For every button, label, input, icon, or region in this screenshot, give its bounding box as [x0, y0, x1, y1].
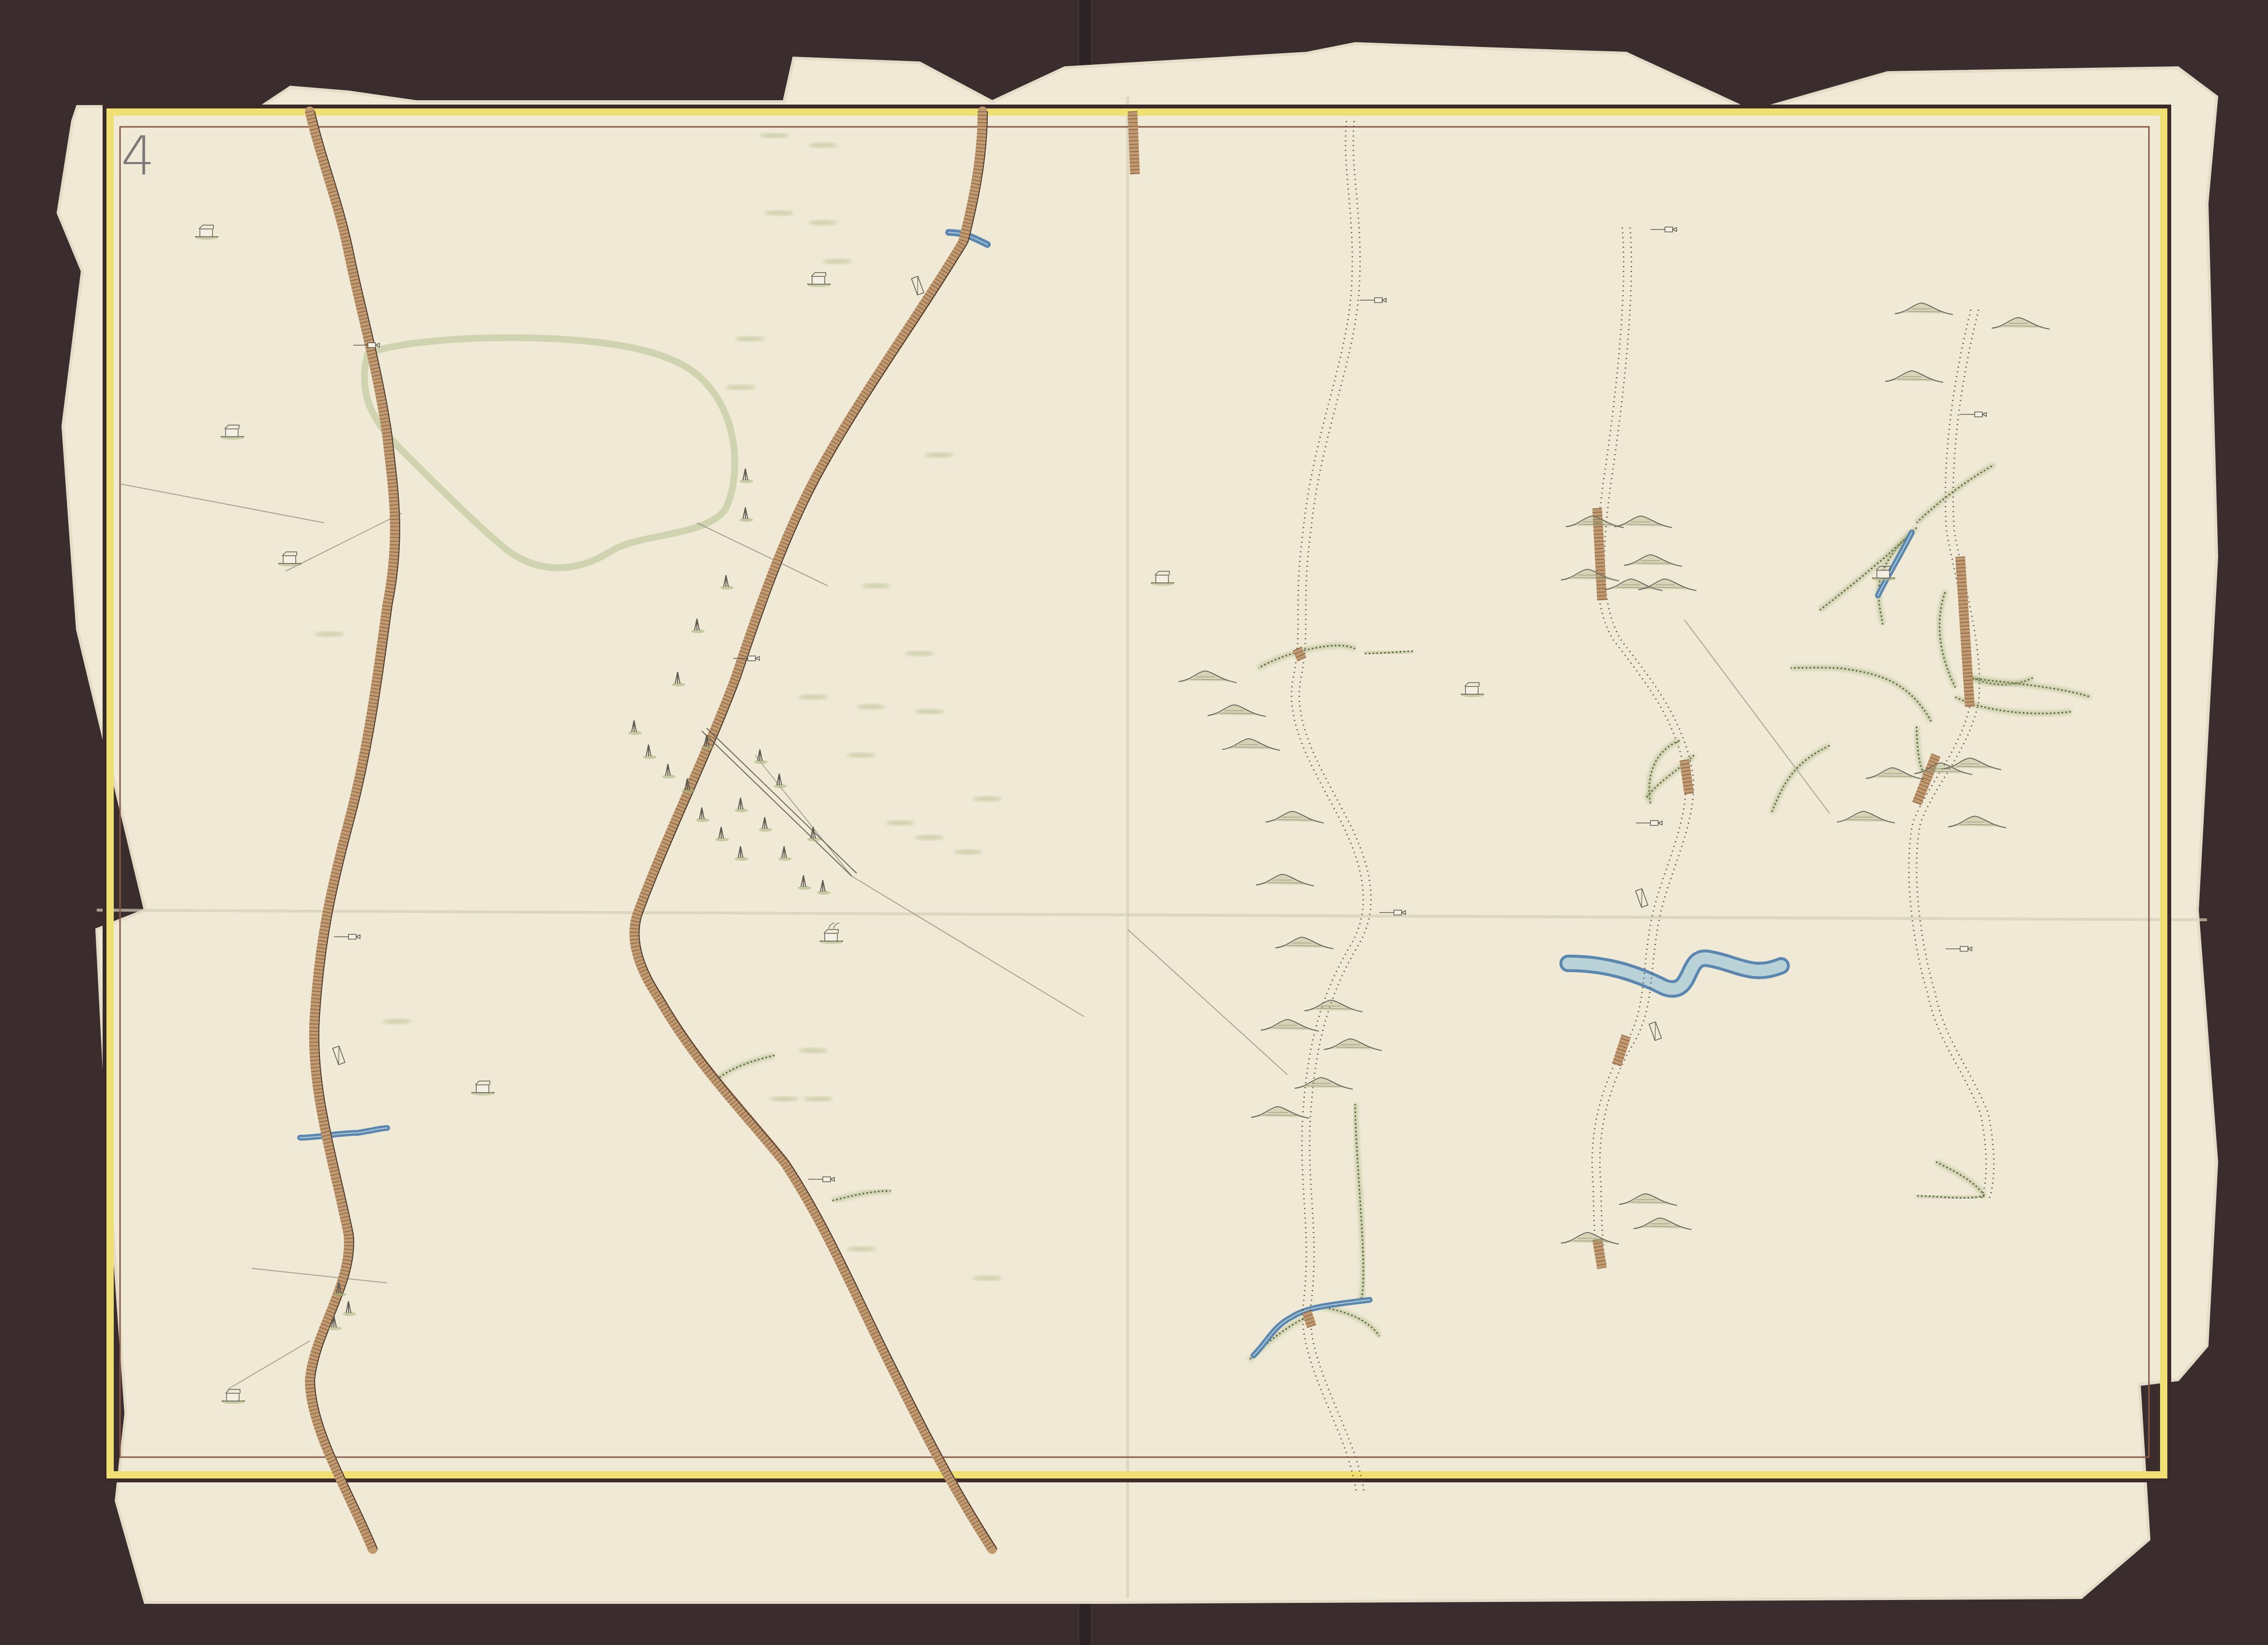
wash-dash — [726, 385, 755, 390]
hatched-segment — [1133, 111, 1135, 174]
wash-dash — [808, 143, 837, 148]
wash-dash — [799, 1048, 828, 1053]
wash-dash — [886, 821, 915, 825]
hatched-segment — [1297, 649, 1302, 659]
stream-wash — [1917, 1196, 1984, 1198]
wash-dash — [315, 632, 344, 637]
wash-dash — [915, 835, 944, 840]
wash-dash — [973, 796, 1002, 801]
wash-dash — [736, 336, 765, 341]
page-number: 4 — [121, 125, 155, 187]
wash-dash — [765, 211, 794, 215]
wash-dash — [953, 850, 983, 854]
map-sheet: 4 — [0, 0, 2268, 1645]
wash-dash — [760, 133, 789, 138]
wash-dash — [799, 695, 828, 700]
wash-dash — [382, 1019, 411, 1024]
wash-dash — [905, 651, 934, 656]
wash-dash — [847, 753, 876, 758]
wash-dash — [924, 453, 953, 457]
wash-dash — [770, 1097, 799, 1101]
wash-dash — [915, 709, 944, 714]
wash-dash — [973, 1276, 1002, 1280]
wash-dash — [862, 583, 891, 588]
wash-dash — [823, 259, 852, 264]
wash-dash — [847, 1247, 876, 1251]
wash-dash — [857, 704, 886, 709]
wash-dash — [808, 220, 837, 225]
wash-dash — [803, 1097, 832, 1101]
